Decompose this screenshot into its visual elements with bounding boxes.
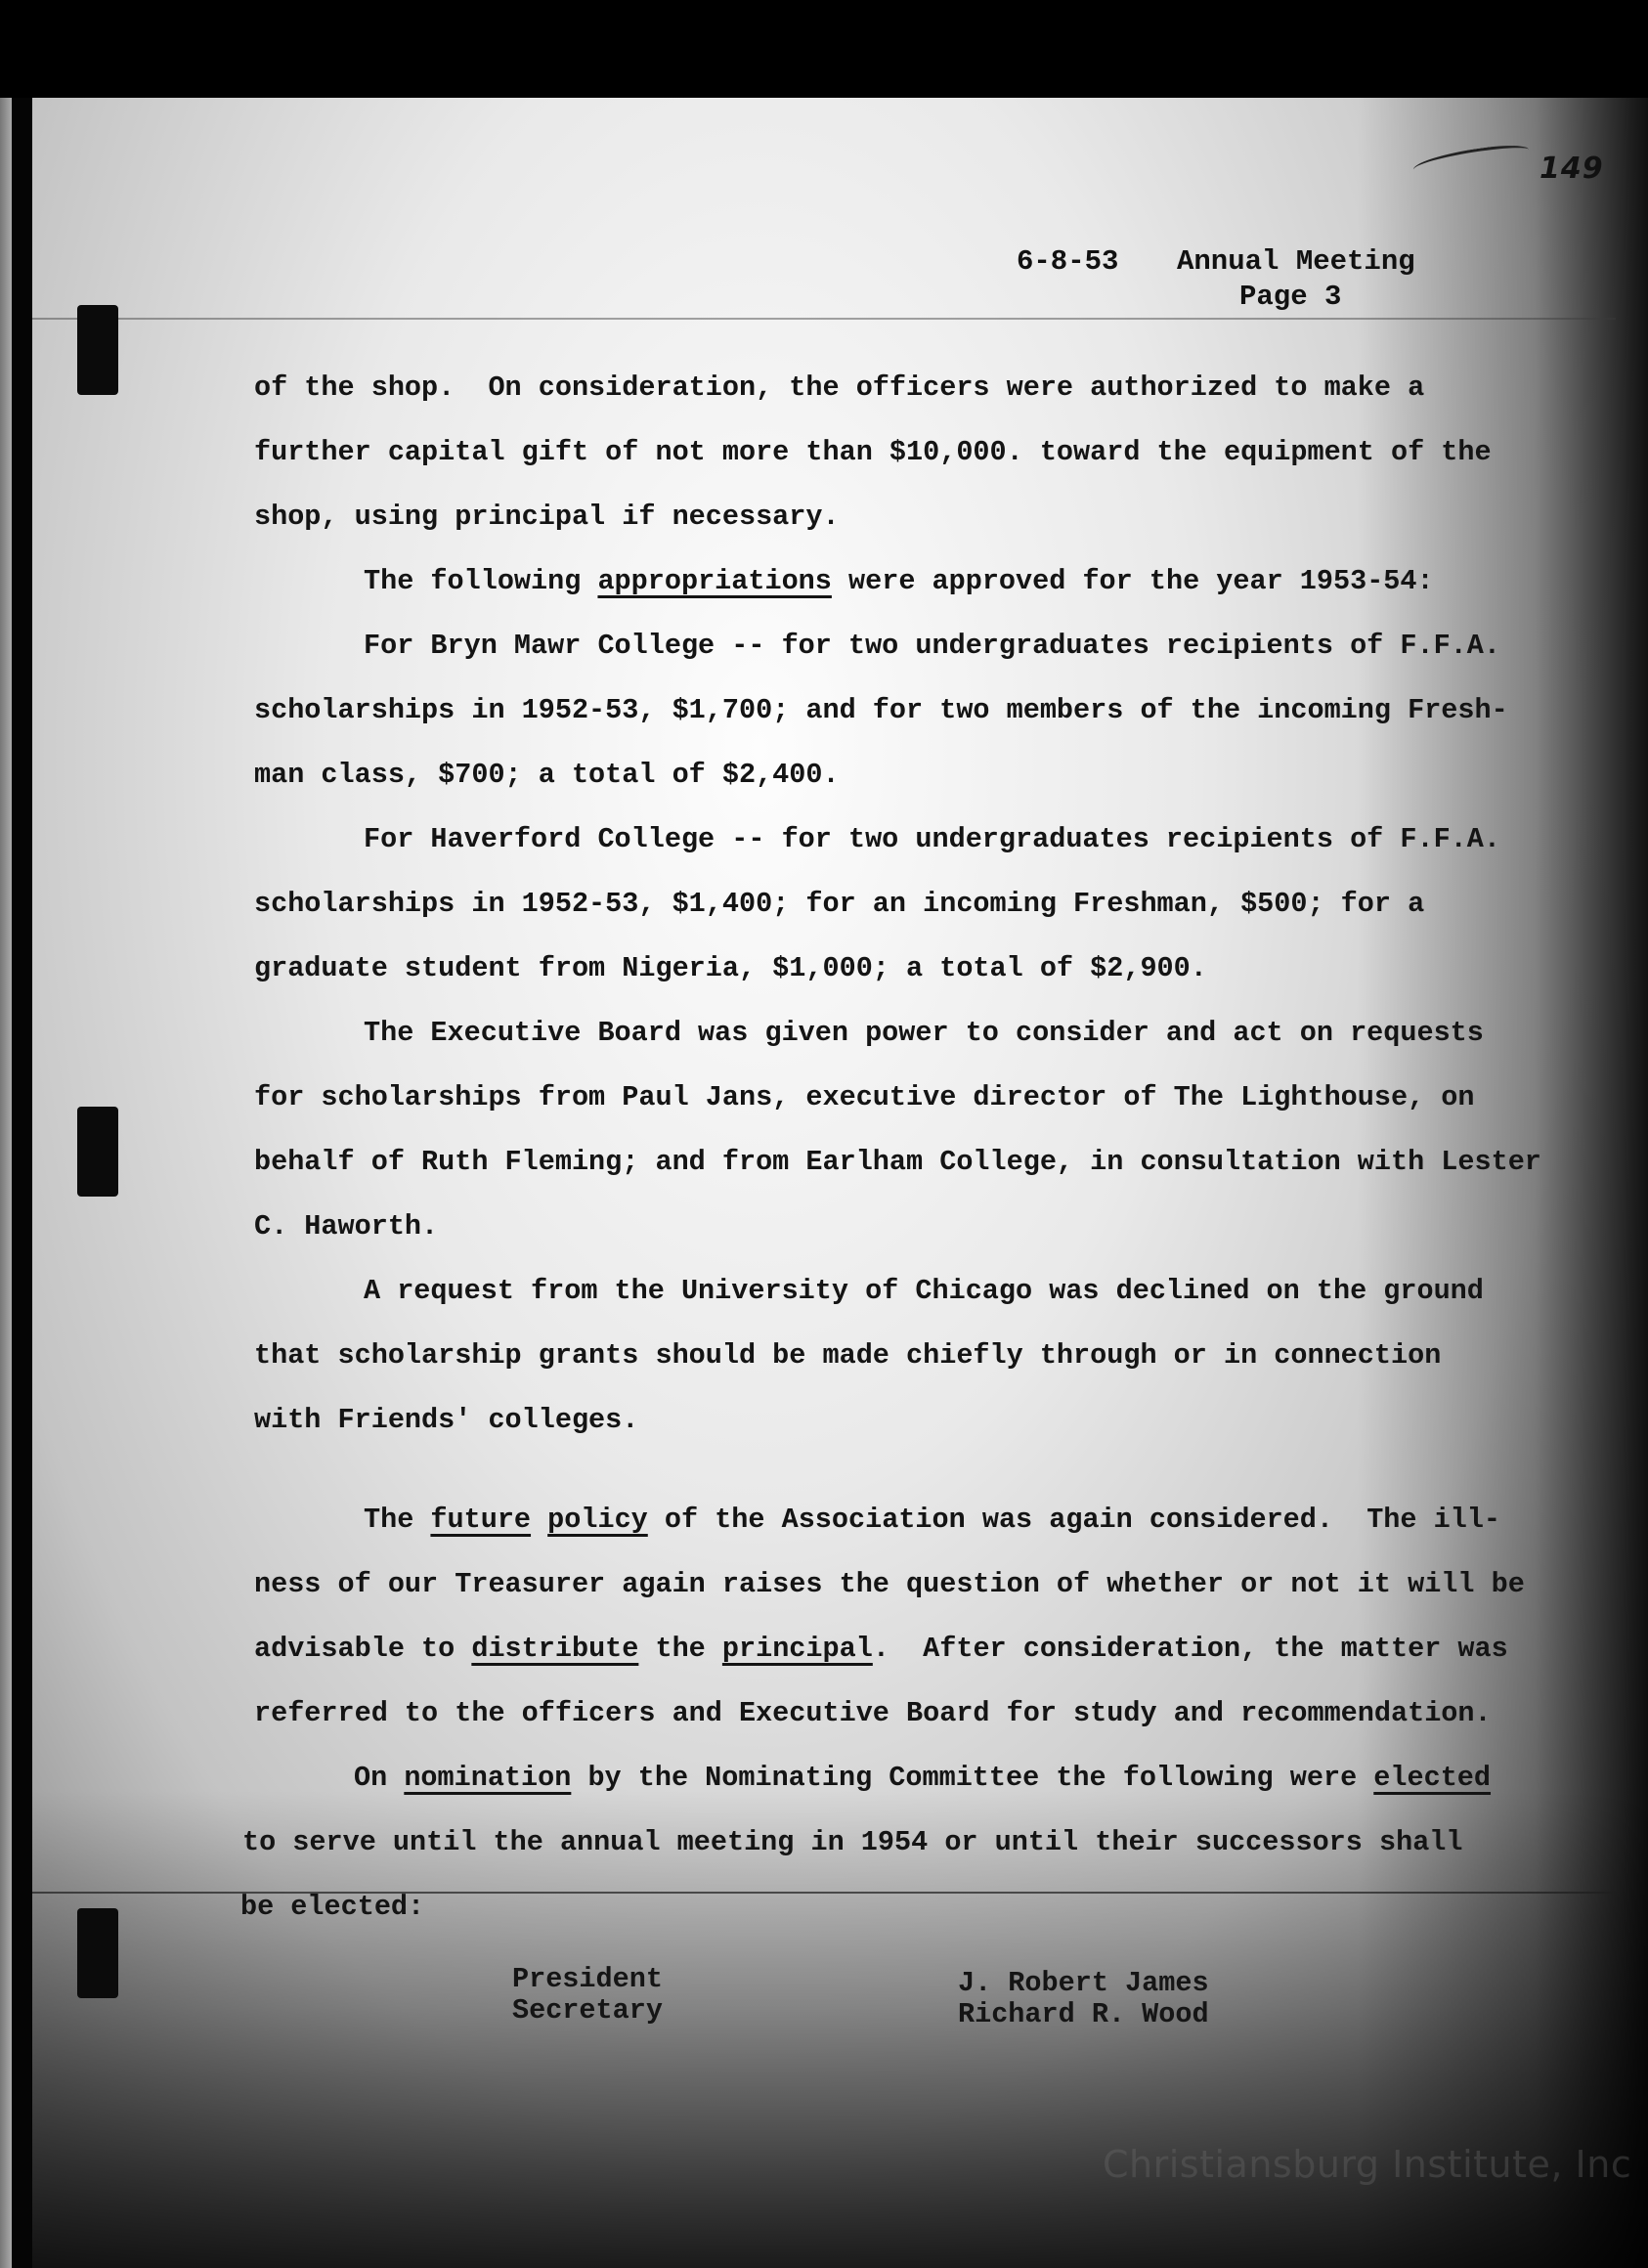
officer-title-secretary: Secretary [512,1994,663,2027]
text-line: behalf of Ruth Fleming; and from Earlham… [254,1146,1541,1178]
punch-hole-top [77,305,118,395]
text-line: further capital gift of not more than $1… [254,436,1492,468]
text-line: On nomination by the Nominating Committe… [354,1762,1491,1794]
text-line: scholarships in 1952-53, $1,400; for an … [254,888,1424,920]
underlined-word: future [430,1504,531,1536]
text-segment: advisable to [254,1633,471,1665]
text-line: with Friends' colleges. [254,1404,638,1436]
text-line: scholarships in 1952-53, $1,700; and for… [254,694,1508,726]
text-line: A request from the University of Chicago… [364,1275,1484,1307]
underlined-word: elected [1373,1762,1491,1794]
text-line: For Bryn Mawr College -- for two undergr… [364,630,1500,662]
text-line: The following appropriations were approv… [364,565,1434,597]
text-segment: were approved for the year 1953-54: [832,565,1434,597]
underlined-word: principal [722,1633,873,1665]
header-title: Annual Meeting [1177,244,1415,280]
scan-border-top [0,0,1648,98]
document-page [32,98,1648,2268]
text-line: be elected: [240,1891,424,1923]
text-line: for scholarships from Paul Jans, executi… [254,1081,1475,1113]
text-segment: by the Nominating Committee the followin… [571,1762,1373,1794]
handwritten-page-number: 149 [1540,152,1604,186]
text-line: man class, $700; a total of $2,400. [254,759,840,791]
text-line: ness of our Treasurer again raises the q… [254,1568,1525,1600]
punch-hole-middle [77,1107,118,1197]
text-line: For Haverford College -- for two undergr… [364,823,1500,855]
text-line: graduate student from Nigeria, $1,000; a… [254,952,1207,984]
archive-watermark: Christiansburg Institute, Inc [1103,2143,1631,2186]
text-line: shop, using principal if necessary. [254,501,840,533]
text-line: The Executive Board was given power to c… [364,1017,1484,1049]
text-line: of the shop. On consideration, the offic… [254,371,1424,404]
underlined-word: appropriations [597,565,831,597]
text-segment: The following [364,565,597,597]
text-line: advisable to distribute the principal. A… [254,1633,1508,1665]
text-segment: . After consideration, the matter was [873,1633,1508,1665]
underlined-word: nomination [404,1762,571,1794]
officer-title-president: President [512,1963,663,1995]
text-line: The future policy of the Association was… [364,1504,1500,1536]
text-line: C. Haworth. [254,1210,438,1243]
header-date: 6-8-53 [1017,244,1118,280]
text-line: referred to the officers and Executive B… [254,1697,1492,1729]
text-segment: of the Association was again considered.… [648,1504,1500,1536]
scan-border-left-bar [12,98,32,2268]
text-segment [531,1504,547,1536]
punch-hole-bottom [77,1908,118,1998]
officer-name-secretary: Richard R. Wood [958,1998,1209,2030]
text-line: that scholarship grants should be made c… [254,1339,1441,1372]
text-segment: The [364,1504,430,1536]
scan-border-left-strip [0,98,12,2268]
underlined-word: policy [547,1504,648,1536]
ruled-line [32,318,1616,320]
header-page-number: Page 3 [1239,280,1341,315]
officer-name-president: J. Robert James [958,1967,1209,1999]
text-segment: the [638,1633,722,1665]
underlined-word: distribute [471,1633,638,1665]
text-segment: On [354,1762,404,1794]
text-line: to serve until the annual meeting in 195… [242,1826,1463,1858]
